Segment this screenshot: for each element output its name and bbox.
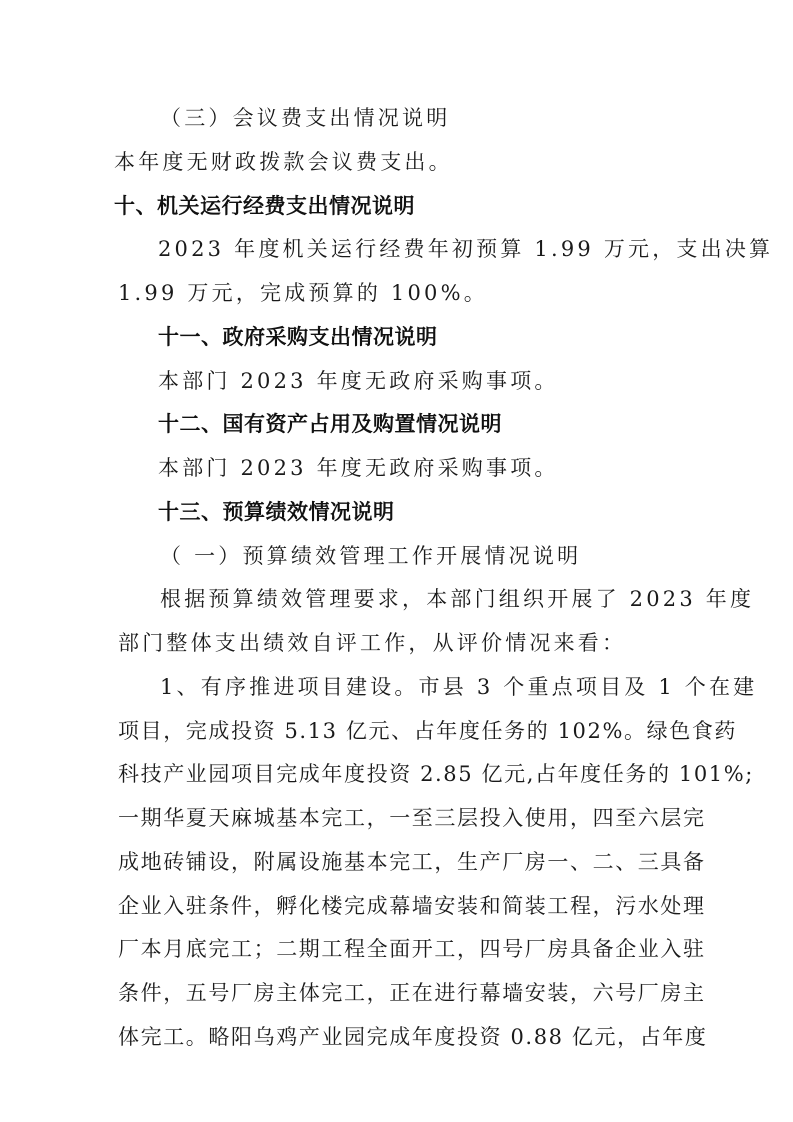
paragraph-projects-line-5: 成地砖铺设，附属设施基本完工，生产厂房一、二、三具备: [118, 852, 706, 873]
paragraph-meeting-expenses: 本年度无财政拨款会议费支出。: [114, 152, 453, 173]
paragraph-self-evaluation-line-2: 部门整体支出绩效自评工作，从评价情况来看：: [118, 633, 626, 654]
heading-section-10: 十、机关运行经费支出情况说明: [114, 196, 415, 217]
heading-section-11: 十一、政府采购支出情况说明: [158, 327, 438, 348]
paragraph-projects-line-4: 一期华夏天麻城基本完工，一至三层投入使用，四至六层完: [118, 808, 706, 829]
subheading-meeting-expenses: （三）会议费支出情况说明: [160, 108, 450, 129]
paragraph-projects-line-2: 项目，完成投资 5.13 亿元、占年度任务的 102%。绿色食药: [118, 721, 737, 742]
paragraph-operating-costs-line-1: 2023 年度机关运行经费年初预算 1.99 万元，支出决算: [158, 239, 773, 260]
heading-section-13: 十三、预算绩效情况说明: [158, 502, 395, 523]
paragraph-operating-costs-line-2: 1.99 万元，完成预算的 100%。: [118, 283, 488, 304]
paragraph-projects-line-8: 条件，五号厂房主体完工，正在进行幕墙安装，六号厂房主: [118, 983, 706, 1004]
paragraph-projects-line-7: 厂本月底完工；二期工程全面开工，四号厂房具备企业入驻: [118, 939, 706, 960]
paragraph-projects-line-9: 体完工。略阳乌鸡产业园完成年度投资 0.88 亿元，占年度: [118, 1027, 708, 1048]
paragraph-projects-line-1: 1、有序推进项目建设。市县 3 个重点项目及 1 个在建: [160, 677, 757, 698]
paragraph-projects-line-3: 科技产业园项目完成年度投资 2.85 亿元,占年度任务的 101%;: [118, 764, 754, 785]
paragraph-self-evaluation-line-1: 根据预算绩效管理要求，本部门组织开展了 2023 年度: [160, 589, 754, 610]
subheading-performance-management: （ 一）预算绩效管理工作开展情况说明: [160, 546, 581, 567]
heading-section-12: 十二、国有资产占用及购置情况说明: [158, 414, 502, 435]
paragraph-projects-line-6: 企业入驻条件，孵化楼完成幕墙安装和简装工程，污水处理: [118, 896, 706, 917]
paragraph-assets: 本部门 2023 年度无政府采购事项。: [158, 458, 559, 479]
document-page: （三）会议费支出情况说明 本年度无财政拨款会议费支出。 十、机关运行经费支出情况…: [0, 0, 793, 1122]
paragraph-procurement: 本部门 2023 年度无政府采购事项。: [158, 371, 559, 392]
